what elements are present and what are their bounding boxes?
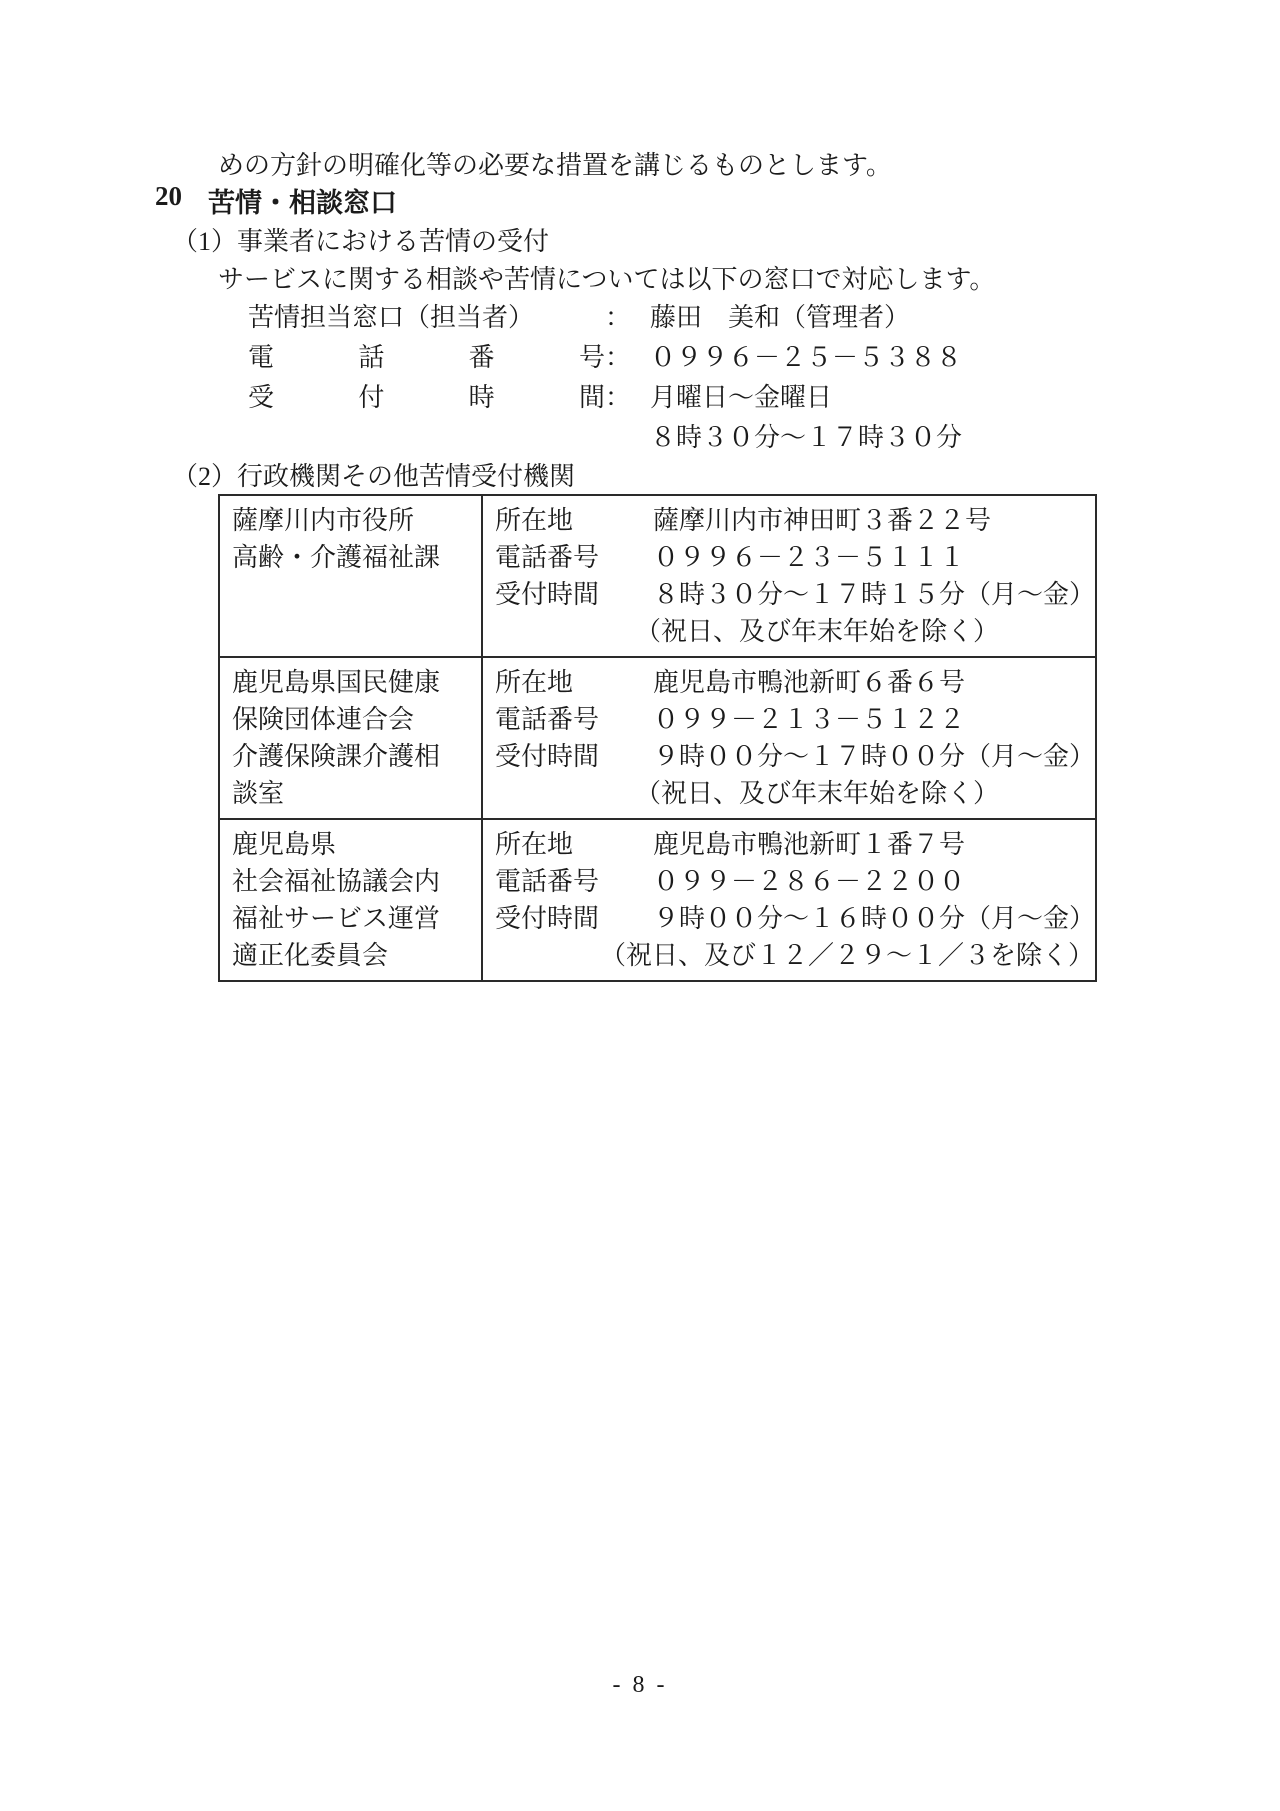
detail-label bbox=[495, 613, 635, 650]
detail-label: 電話番号 bbox=[495, 539, 653, 576]
detail-hours: 受付時間 ９時００分～１７時００分（月～金） bbox=[495, 738, 1095, 775]
detail-value: ０９９－２１３－５１２２ bbox=[653, 701, 965, 738]
subsection-2-title: 行政機関その他苦情受付機関 bbox=[237, 462, 575, 491]
complaint-agency-table: 薩摩川内市役所 高齢・介護福祉課 所在地 薩摩川内市神田町３番２２号 電話番号 … bbox=[218, 494, 1097, 982]
agency-name-line: 保険団体連合会 bbox=[232, 701, 481, 738]
agency-name-line: 高齢・介護福祉課 bbox=[232, 539, 481, 576]
detail-exclusion: （祝日、及び年末年始を除く） bbox=[495, 613, 1095, 650]
paragraph-continuation: めの方針の明確化等の必要な措置を講じるものとします。 bbox=[218, 145, 892, 182]
detail-label: 所在地 bbox=[495, 502, 653, 539]
subsection-2-number: （2） bbox=[172, 462, 237, 491]
subsection-1-description: サービスに関する相談や苦情については以下の窓口で対応します。 bbox=[218, 259, 995, 296]
detail-value: ０９９６－２３－５１１１ bbox=[653, 539, 965, 576]
detail-label bbox=[495, 775, 635, 812]
table-row-kokuho-rengokai: 鹿児島県国民健康 保険団体連合会 介護保険課介護相 談室 所在地 鹿児島市鴨池新… bbox=[219, 657, 1096, 819]
detail-label: 受付時間 bbox=[495, 738, 653, 775]
agency-name-line: 薩摩川内市役所 bbox=[232, 502, 481, 539]
field-label: 苦情担当窓口（担当者） bbox=[248, 297, 605, 334]
detail-address: 所在地 鹿児島市鴨池新町６番６号 bbox=[495, 664, 1095, 701]
field-value: 月曜日～金曜日 bbox=[650, 377, 832, 414]
detail-value: （祝日、及び１２／２９～１／３を除く） bbox=[600, 937, 1094, 974]
field-value: 藤田 美和（管理者） bbox=[650, 297, 910, 334]
field-value: ８時３０分～１７時３０分 bbox=[650, 417, 962, 454]
subsection-1-title: 事業者における苦情の受付 bbox=[237, 227, 549, 256]
section-title: 苦情・相談窓口 bbox=[208, 181, 397, 220]
detail-address: 所在地 鹿児島市鴨池新町１番７号 bbox=[495, 826, 1095, 863]
detail-value: 薩摩川内市神田町３番２２号 bbox=[653, 502, 991, 539]
detail-label: 電話番号 bbox=[495, 863, 653, 900]
detail-value: ９時００分～１７時００分（月～金） bbox=[653, 738, 1095, 775]
subsection-1-heading: （1）事業者における苦情の受付 bbox=[172, 221, 549, 258]
detail-value: ０９９－２８６－２２００ bbox=[653, 863, 965, 900]
table-row-satsumasendai: 薩摩川内市役所 高齢・介護福祉課 所在地 薩摩川内市神田町３番２２号 電話番号 … bbox=[219, 495, 1096, 657]
field-value: ０９９６－２５－５３８８ bbox=[650, 337, 962, 374]
agency-name-line: 談室 bbox=[232, 775, 481, 812]
agency-name-cell: 薩摩川内市役所 高齢・介護福祉課 bbox=[219, 495, 482, 657]
detail-label: 受付時間 bbox=[495, 576, 653, 613]
field-colon: ： bbox=[605, 377, 650, 414]
detail-phone: 電話番号 ０９９－２１３－５１２２ bbox=[495, 701, 1095, 738]
detail-hours: 受付時間 ８時３０分～１７時１５分（月～金） bbox=[495, 576, 1095, 613]
field-colon: ： bbox=[605, 337, 650, 374]
agency-name-line: 福祉サービス運営 bbox=[232, 900, 481, 937]
subsection-1-number: （1） bbox=[172, 227, 237, 256]
agency-name-cell: 鹿児島県国民健康 保険団体連合会 介護保険課介護相 談室 bbox=[219, 657, 482, 819]
detail-value: ８時３０分～１７時１５分（月～金） bbox=[653, 576, 1095, 613]
detail-value: （祝日、及び年末年始を除く） bbox=[635, 775, 999, 812]
agency-name-line: 鹿児島県国民健康 bbox=[232, 664, 481, 701]
detail-phone: 電話番号 ０９９－２８６－２２００ bbox=[495, 863, 1095, 900]
detail-phone: 電話番号 ０９９６－２３－５１１１ bbox=[495, 539, 1095, 576]
agency-detail-cell: 所在地 薩摩川内市神田町３番２２号 電話番号 ０９９６－２３－５１１１ 受付時間… bbox=[482, 495, 1096, 657]
table-row-kagoshima-pref: 鹿児島県 社会福祉協議会内 福祉サービス運営 適正化委員会 所在地 鹿児島市鴨池… bbox=[219, 819, 1096, 981]
detail-label: 所在地 bbox=[495, 826, 653, 863]
field-colon: ： bbox=[605, 297, 650, 334]
section-heading: 20 苦情・相談窓口 bbox=[155, 181, 397, 220]
document-page: めの方針の明確化等の必要な措置を講じるものとします。 20 苦情・相談窓口 （1… bbox=[0, 0, 1280, 1811]
detail-value: 鹿児島市鴨池新町６番６号 bbox=[653, 664, 965, 701]
agency-detail-cell: 所在地 鹿児島市鴨池新町６番６号 電話番号 ０９９－２１３－５１２２ 受付時間 … bbox=[482, 657, 1096, 819]
field-reception-hours: 受 付 時 間 ： 月曜日～金曜日 bbox=[248, 377, 962, 417]
field-label: 受 付 時 間 bbox=[248, 377, 605, 414]
subsection-2-heading: （2）行政機関その他苦情受付機関 bbox=[172, 456, 575, 493]
detail-label: 受付時間 bbox=[495, 900, 653, 937]
agency-name-line: 介護保険課介護相 bbox=[232, 738, 481, 775]
page-number: - 8 - bbox=[0, 1672, 1280, 1699]
section-number: 20 bbox=[155, 181, 182, 220]
agency-name-line: 社会福祉協議会内 bbox=[232, 863, 481, 900]
detail-exclusion: （祝日、及び年末年始を除く） bbox=[495, 775, 1095, 812]
detail-value: （祝日、及び年末年始を除く） bbox=[635, 613, 999, 650]
complaint-contact-fields: 苦情担当窓口（担当者） ： 藤田 美和（管理者） 電 話 番 号 ： ０９９６－… bbox=[248, 297, 962, 457]
detail-label: 電話番号 bbox=[495, 701, 653, 738]
detail-label: 所在地 bbox=[495, 664, 653, 701]
detail-exclusion: （祝日、及び１２／２９～１／３を除く） bbox=[495, 937, 1095, 974]
detail-hours: 受付時間 ９時００分～１６時００分（月～金） bbox=[495, 900, 1095, 937]
field-label: 電 話 番 号 bbox=[248, 337, 605, 374]
field-phone-number: 電 話 番 号 ： ０９９６－２５－５３８８ bbox=[248, 337, 962, 377]
field-reception-hours-time: ８時３０分～１７時３０分 bbox=[248, 417, 962, 457]
detail-value: ９時００分～１６時００分（月～金） bbox=[653, 900, 1095, 937]
agency-detail-cell: 所在地 鹿児島市鴨池新町１番７号 電話番号 ０９９－２８６－２２００ 受付時間 … bbox=[482, 819, 1096, 981]
detail-value: 鹿児島市鴨池新町１番７号 bbox=[653, 826, 965, 863]
agency-name-line: 適正化委員会 bbox=[232, 937, 481, 974]
field-contact-person: 苦情担当窓口（担当者） ： 藤田 美和（管理者） bbox=[248, 297, 962, 337]
detail-address: 所在地 薩摩川内市神田町３番２２号 bbox=[495, 502, 1095, 539]
agency-name-cell: 鹿児島県 社会福祉協議会内 福祉サービス運営 適正化委員会 bbox=[219, 819, 482, 981]
agency-name-line: 鹿児島県 bbox=[232, 826, 481, 863]
detail-label bbox=[495, 937, 600, 974]
